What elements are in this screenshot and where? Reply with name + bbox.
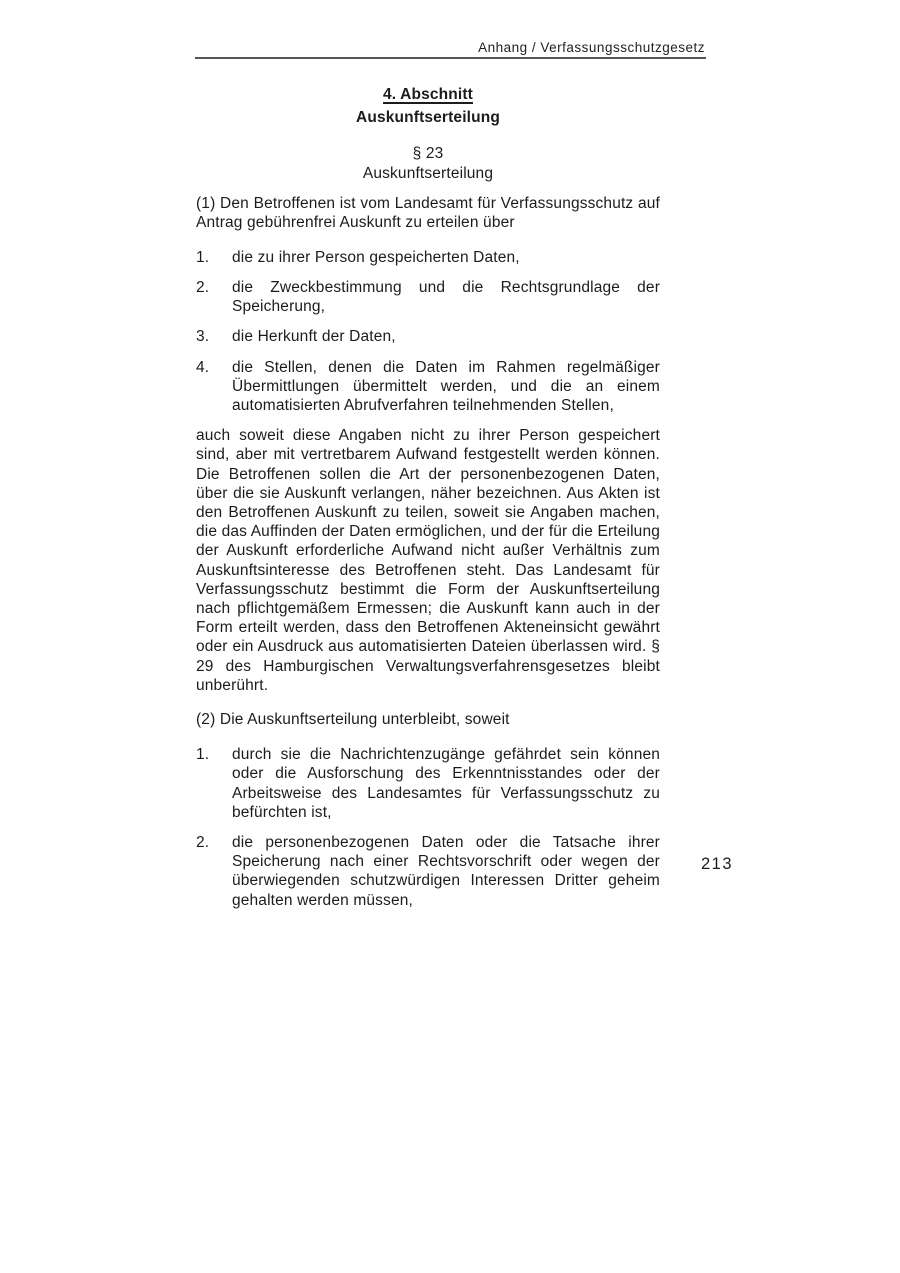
list-item-number: 4. bbox=[196, 358, 232, 416]
paragraph-1-outro: auch soweit diese Angaben nicht zu ihrer… bbox=[196, 426, 660, 695]
running-head: Anhang / Verfassungsschutzgesetz bbox=[195, 40, 705, 55]
list-item: 4. die Stellen, denen die Daten im Rahme… bbox=[196, 358, 660, 416]
list-item-number: 1. bbox=[196, 745, 232, 822]
article-title: Auskunftserteilung bbox=[196, 164, 660, 183]
header-rule bbox=[195, 57, 706, 59]
article-head: § 23 Auskunftserteilung bbox=[196, 144, 660, 182]
document-page: Anhang / Verfassungsschutzgesetz 4. Absc… bbox=[0, 0, 900, 1273]
text-column: 4. Abschnitt Auskunftserteilung § 23 Aus… bbox=[196, 85, 660, 910]
section-heading: 4. Abschnitt bbox=[196, 85, 660, 104]
list-item-number: 2. bbox=[196, 833, 232, 910]
list-item-text: die Herkunft der Daten, bbox=[232, 327, 660, 346]
page-number: 213 bbox=[701, 855, 733, 874]
list-item-text: die zu ihrer Person gespeicherten Daten, bbox=[232, 248, 660, 267]
list-item: 3. die Herkunft der Daten, bbox=[196, 327, 660, 346]
paragraph-2-intro: (2) Die Auskunftserteilung unterbleibt, … bbox=[196, 710, 660, 729]
list-item-text: durch sie die Nachrichtenzugänge gefährd… bbox=[232, 745, 660, 822]
list-item-text: die Zweckbestimmung und die Rechtsgrundl… bbox=[232, 278, 660, 316]
list-item: 2. die personenbezogenen Daten oder die … bbox=[196, 833, 660, 910]
list-item-number: 2. bbox=[196, 278, 232, 316]
list-item: 2. die Zweckbestimmung und die Rechtsgru… bbox=[196, 278, 660, 316]
section-subheading: Auskunftserteilung bbox=[196, 108, 660, 127]
list-item-number: 1. bbox=[196, 248, 232, 267]
list-item-number: 3. bbox=[196, 327, 232, 346]
list-item: 1. durch sie die Nachrichtenzugänge gefä… bbox=[196, 745, 660, 822]
list-item-text: die personenbezogenen Daten oder die Tat… bbox=[232, 833, 660, 910]
list-item-text: die Stellen, denen die Daten im Rahmen r… bbox=[232, 358, 660, 416]
paragraph-1-intro: (1) Den Betroffenen ist vom Landesamt fü… bbox=[196, 194, 660, 232]
article-number: § 23 bbox=[196, 144, 660, 163]
section-heading-text: 4. Abschnitt bbox=[383, 86, 473, 103]
list-item: 1. die zu ihrer Person gespeicherten Dat… bbox=[196, 248, 660, 267]
